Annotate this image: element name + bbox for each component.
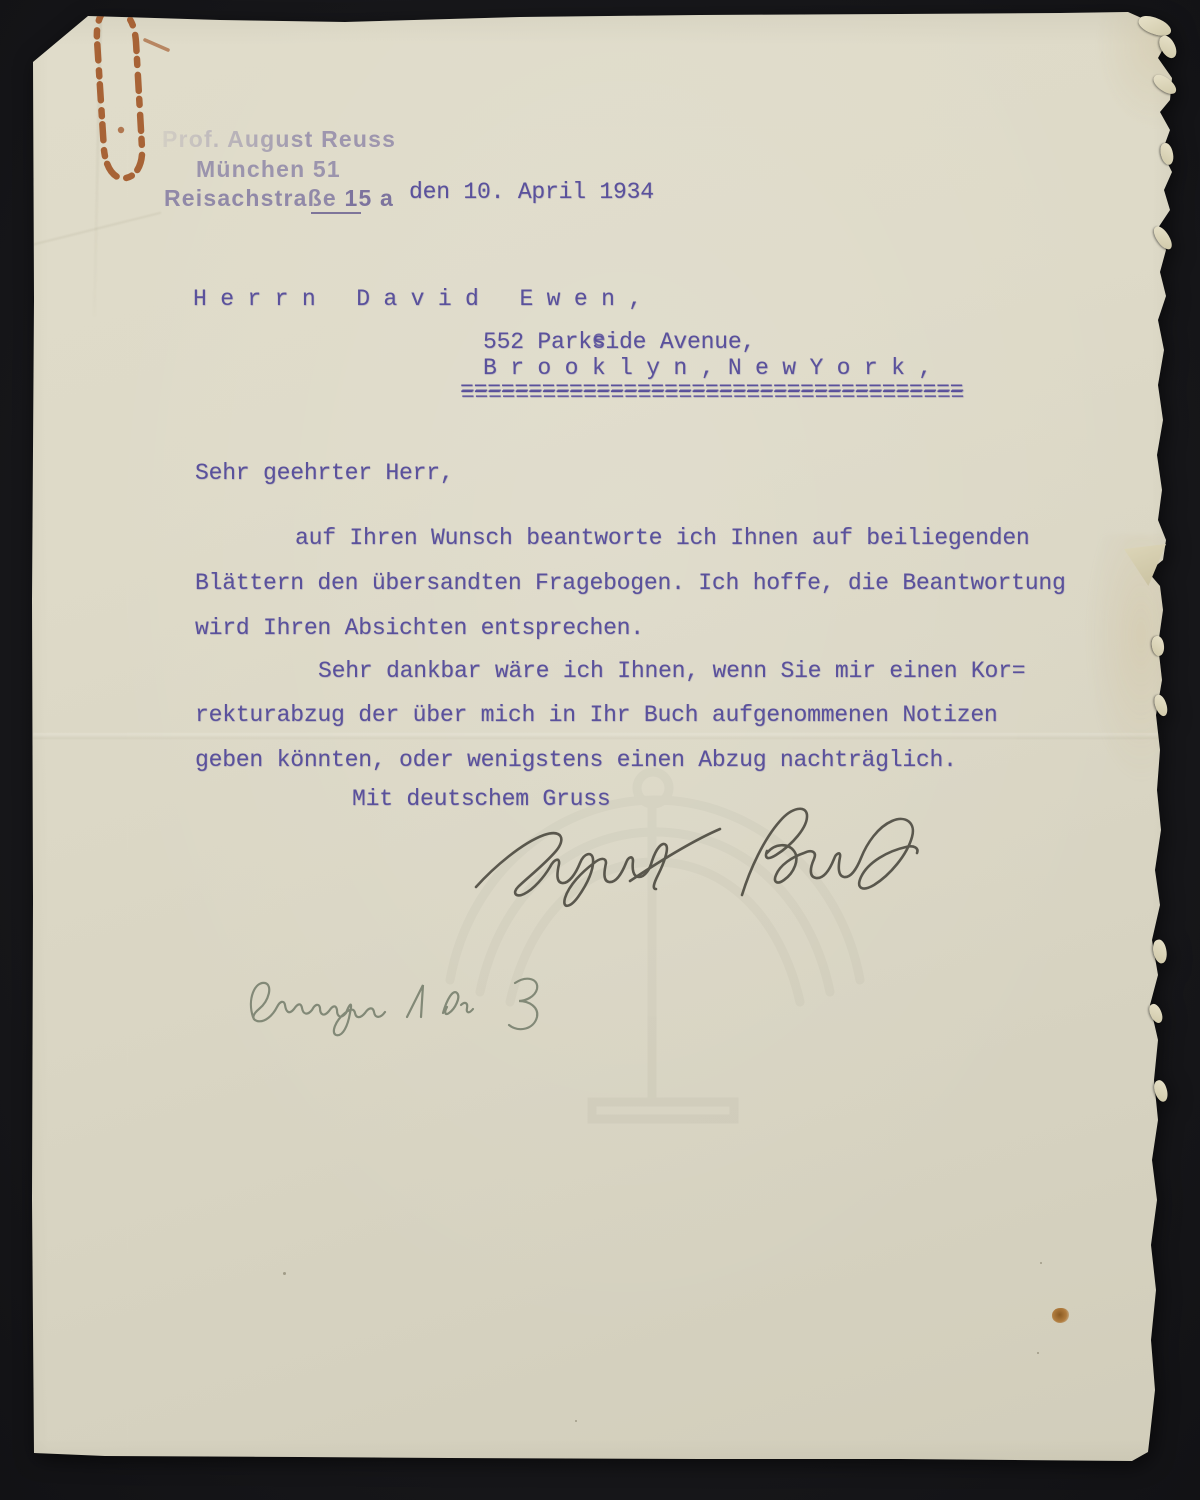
stamp-number-underline [311,212,361,214]
foxing-speck [1040,1262,1042,1264]
scan-mat-background: Prof. August Reuss München 51 Reisachstr… [0,0,1200,1500]
body-line-3: wird Ihren Absichten entsprechen. [195,617,644,640]
recipient-street: 552 Parkside Avenue, [483,331,755,354]
stamp-city-line: München 51 [196,156,341,183]
handwritten-enclosures-note [235,955,565,1055]
salutation: Sehr geehrter Herr, [195,462,453,485]
stamp-name-line: Prof. August Reuss [162,126,396,153]
recipient-name: H e r r n D a v i d E w e n , [193,288,642,311]
stamp-street: Reisachstraße [164,185,344,211]
foxing-speck [283,1272,286,1275]
letter-sheet-wrap: Prof. August Reuss München 51 Reisachstr… [0,0,1200,1500]
overstrike-character: e [592,329,606,352]
body-line-4: Sehr dankbar wäre ich Ihnen, wenn Sie mi… [318,660,1025,683]
foxing-speck [575,1420,577,1422]
date-line: den 10. April 1934 [409,181,654,204]
fold-crease [33,733,1158,739]
diagonal-crease [30,212,161,247]
stamp-house-number: 15 a [344,185,394,211]
body-line-5: rekturabzug der über mich in Ihr Buch au… [195,704,998,727]
body-line-2: Blättern den übersandten Fragebogen. Ich… [195,572,1066,595]
body-line-6: geben könnten, oder wenigstens einen Abz… [195,749,957,772]
paperclip-rust-mark [85,0,180,210]
foxing-speck [1037,1352,1039,1354]
stamp-street-line: Reisachstraße 15 a [164,185,394,212]
torn-edge-flap [1156,33,1180,61]
signature-august-reuss [470,795,1010,915]
address-underline-row2: ===================================== [461,384,964,407]
body-line-1: auf Ihren Wunsch beantworte ich Ihnen au… [295,527,1030,550]
letter-sheet: Prof. August Reuss München 51 Reisachstr… [0,0,1200,1500]
rust-spot [1052,1308,1069,1323]
